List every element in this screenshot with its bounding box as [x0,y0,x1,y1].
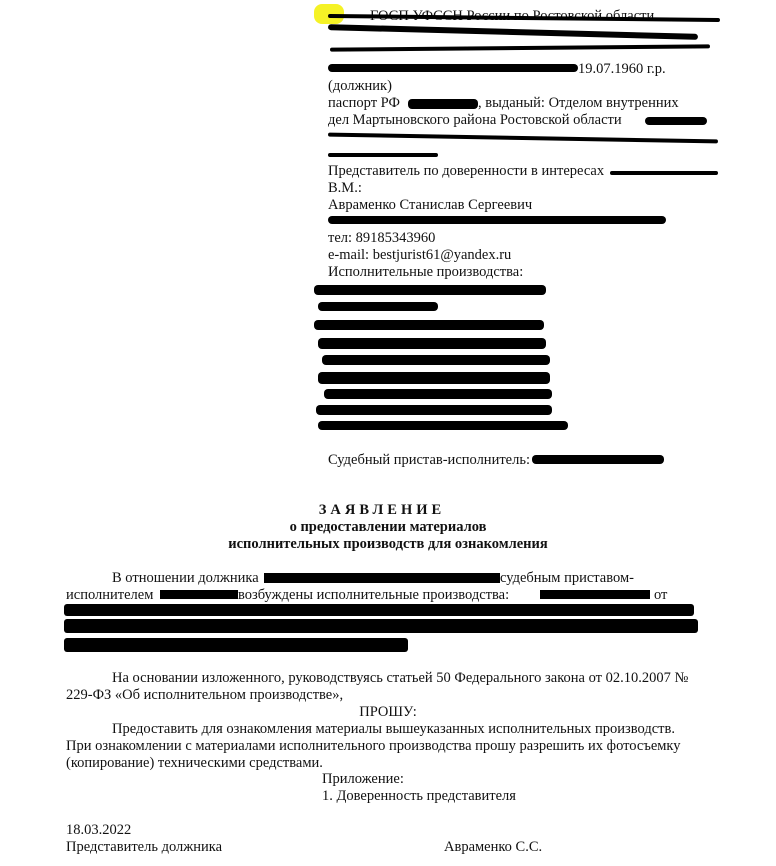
redaction [318,421,568,430]
redaction [264,573,500,583]
redaction [64,619,698,633]
passport-label: паспорт РФ [328,95,400,112]
email: e-mail: bestjurist61@yandex.ru [328,247,511,264]
debtor-role: (должник) [328,78,392,95]
document-subtitle-2: исполнительных производств для ознакомле… [0,536,776,553]
signer-role: Представитель должника [66,839,222,856]
redaction [314,285,546,295]
request-heading: ПРОШУ: [0,704,776,721]
redaction [324,389,552,399]
redaction [540,590,650,599]
legal-basis: На основании изложенного, руководствуясь… [112,670,688,687]
redaction [328,24,698,40]
p1-text: от [654,587,667,604]
request-text-3: (копирование) техническими средствами. [66,755,323,772]
redaction [328,64,578,72]
redaction [610,171,718,175]
document-date: 18.03.2022 [66,822,131,839]
passport-issued: , выданый: Отделом внутренних [478,95,679,112]
p1-text: В отношении должника [112,570,259,587]
proceedings-label: Исполнительные производства: [328,264,523,281]
p1-text: возбуждены исполнительные производства: [238,587,509,604]
redaction [328,133,718,144]
redaction [645,117,707,125]
bailiff-label: Судебный пристав-исполнитель: [328,452,530,469]
document-subtitle: о предоставлении материалов [0,519,776,536]
request-text-2: При ознакомлении с материалами исполните… [66,738,681,755]
representative-name: Авраменко Станислав Сергеевич [328,197,532,214]
p1-text: судебным приставом- [500,570,634,587]
redaction [328,216,666,224]
redaction [532,455,664,464]
redaction [64,604,694,616]
redaction [318,372,550,384]
redaction [160,590,238,599]
p1-text: исполнителем [66,587,153,604]
request-text: Предоставить для ознакомления материалы … [112,721,675,738]
phone: тел: 89185343960 [328,230,435,247]
attachment-item: 1. Доверенность представителя [322,788,516,805]
redaction [318,302,438,311]
redaction [64,638,408,652]
redaction [408,99,478,109]
redaction [330,44,710,51]
representative-intro: Представитель по доверенности в интереса… [328,163,604,180]
document-title: ЗАЯВЛЕНИЕ [0,502,770,519]
document-page: ГОСП УФССН России по Ростовской области … [0,0,776,866]
signer-name: Авраменко С.С. [444,839,542,856]
passport-issuer: дел Мартыновского района Ростовской обла… [328,112,622,129]
debtor-initials: В.М.: [328,180,362,197]
redaction [322,355,550,365]
legal-basis-2: 229-ФЗ «Об исполнительном производстве», [66,687,343,704]
attachment-label: Приложение: [322,771,404,788]
debtor-birth: 19.07.1960 г.р. [578,61,666,78]
redaction [316,405,552,415]
redaction [318,338,546,349]
redaction [328,153,438,157]
redaction [314,320,544,330]
